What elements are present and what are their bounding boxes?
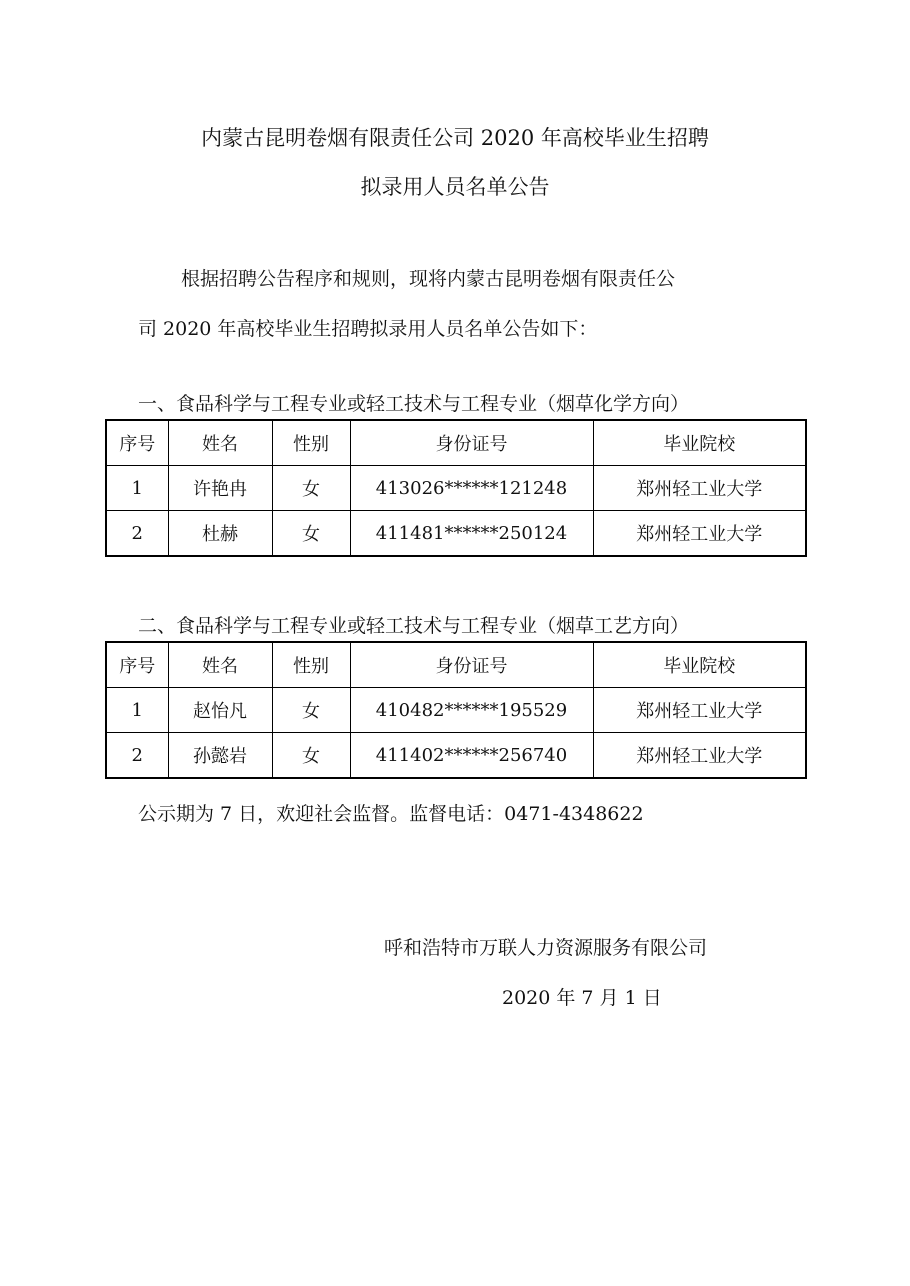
table-row: 2 孙懿岩 女 411402******256740 郑州轻工业大学 bbox=[106, 733, 806, 779]
cell-school: 郑州轻工业大学 bbox=[593, 733, 806, 779]
intro-line-1: 根据招聘公告程序和规则，现将内蒙古昆明卷烟有限责任公 bbox=[181, 264, 675, 291]
cell-id: 413026******121248 bbox=[350, 466, 593, 511]
table-row: 1 赵怡凡 女 410482******195529 郑州轻工业大学 bbox=[106, 688, 806, 733]
header-gender: 性别 bbox=[272, 642, 350, 688]
header-name: 姓名 bbox=[168, 420, 272, 466]
header-seq: 序号 bbox=[106, 642, 168, 688]
roster-table-1: 序号 姓名 性别 身份证号 毕业院校 1 许艳冉 女 413026******1… bbox=[105, 419, 807, 557]
table-row: 1 许艳冉 女 413026******121248 郑州轻工业大学 bbox=[106, 466, 806, 511]
title-line-2: 拟录用人员名单公告 bbox=[0, 171, 910, 201]
cell-name: 赵怡凡 bbox=[168, 688, 272, 733]
header-school: 毕业院校 bbox=[593, 642, 806, 688]
cell-name: 杜赫 bbox=[168, 511, 272, 557]
cell-name: 许艳冉 bbox=[168, 466, 272, 511]
header-school: 毕业院校 bbox=[593, 420, 806, 466]
section-1-caption: 一、食品科学与工程专业或轻工技术与工程专业（烟草化学方向） bbox=[138, 389, 689, 416]
cell-gender: 女 bbox=[272, 733, 350, 779]
title-line-1: 内蒙古昆明卷烟有限责任公司 2020 年高校毕业生招聘 bbox=[0, 122, 910, 152]
cell-gender: 女 bbox=[272, 511, 350, 557]
cell-id: 411481******250124 bbox=[350, 511, 593, 557]
table-header-row: 序号 姓名 性别 身份证号 毕业院校 bbox=[106, 420, 806, 466]
cell-name: 孙懿岩 bbox=[168, 733, 272, 779]
cell-seq: 1 bbox=[106, 466, 168, 511]
header-gender: 性别 bbox=[272, 420, 350, 466]
signature-date: 2020 年 7 月 1 日 bbox=[502, 983, 662, 1010]
cell-id: 411402******256740 bbox=[350, 733, 593, 779]
table-header-row: 序号 姓名 性别 身份证号 毕业院校 bbox=[106, 642, 806, 688]
roster-table-2: 序号 姓名 性别 身份证号 毕业院校 1 赵怡凡 女 410482******1… bbox=[105, 641, 807, 779]
section-2-caption: 二、食品科学与工程专业或轻工技术与工程专业（烟草工艺方向） bbox=[138, 611, 689, 638]
cell-school: 郑州轻工业大学 bbox=[593, 466, 806, 511]
header-id: 身份证号 bbox=[350, 642, 593, 688]
cell-seq: 2 bbox=[106, 511, 168, 557]
cell-gender: 女 bbox=[272, 466, 350, 511]
cell-school: 郑州轻工业大学 bbox=[593, 511, 806, 557]
header-id: 身份证号 bbox=[350, 420, 593, 466]
table-row: 2 杜赫 女 411481******250124 郑州轻工业大学 bbox=[106, 511, 806, 557]
cell-id: 410482******195529 bbox=[350, 688, 593, 733]
header-seq: 序号 bbox=[106, 420, 168, 466]
header-name: 姓名 bbox=[168, 642, 272, 688]
intro-line-2: 司 2020 年高校毕业生招聘拟录用人员名单公告如下： bbox=[138, 314, 597, 341]
cell-seq: 2 bbox=[106, 733, 168, 779]
signature-org: 呼和浩特市万联人力资源服务有限公司 bbox=[384, 933, 707, 960]
notice-text: 公示期为 7 日，欢迎社会监督。监督电话：0471-4348622 bbox=[138, 799, 644, 826]
cell-school: 郑州轻工业大学 bbox=[593, 688, 806, 733]
cell-gender: 女 bbox=[272, 688, 350, 733]
cell-seq: 1 bbox=[106, 688, 168, 733]
